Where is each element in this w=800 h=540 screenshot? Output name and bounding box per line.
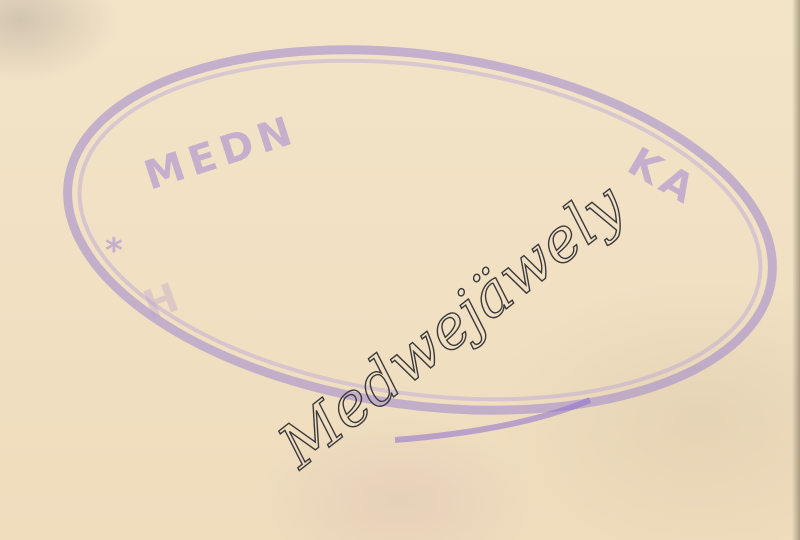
stamp-top-text: MEDN bbox=[139, 107, 303, 200]
stamp-and-signature: MEDN KA * H Medwejäwely bbox=[0, 0, 800, 540]
stamp-asterisk: * bbox=[105, 231, 129, 271]
